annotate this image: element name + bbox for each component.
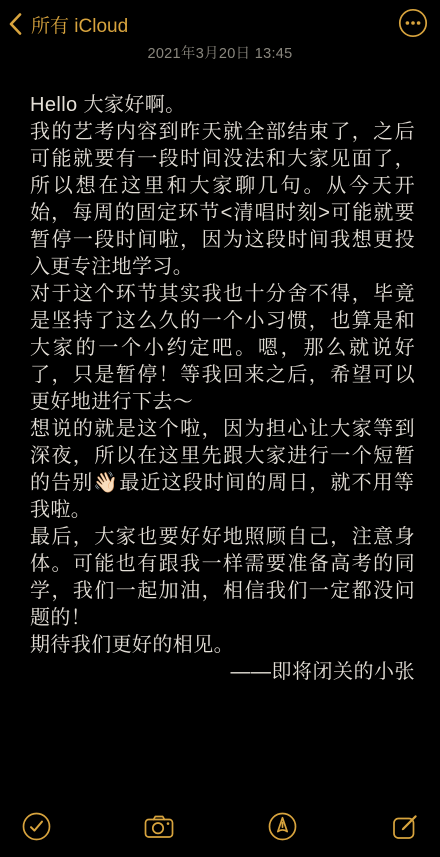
note-paragraph: Hello 大家好啊。	[30, 92, 415, 119]
checklist-icon	[22, 812, 51, 841]
new-note-icon	[392, 813, 419, 840]
note-paragraph: 我的艺考内容到昨天就全部结束了，之后可能就要有一段时间没法和大家见面了，所以想在…	[30, 119, 415, 281]
navbar: 所有 iCloud	[0, 0, 440, 44]
notes-app-screen: 所有 iCloud 2021年3月20日 13:45 Hello 大家好啊。 我…	[0, 0, 440, 857]
compose-button[interactable]	[387, 808, 423, 844]
note-body[interactable]: Hello 大家好啊。 我的艺考内容到昨天就全部结束了，之后可能就要有一段时间没…	[0, 92, 440, 686]
markup-button[interactable]	[264, 808, 300, 844]
note-paragraph: 对于这个环节其实我也十分舍不得，毕竟是坚持了这么久的一个小习惯，也算是和大家的一…	[30, 281, 415, 416]
note-paragraph: 想说的就是这个啦，因为担心让大家等到深夜，所以在这里先跟大家进行一个短暂的告别👋…	[30, 416, 415, 524]
checklist-button[interactable]	[18, 808, 54, 844]
ellipsis-circle-icon	[398, 8, 428, 38]
camera-icon	[143, 812, 175, 841]
camera-button[interactable]	[141, 808, 177, 844]
bottom-toolbar	[0, 803, 440, 857]
more-button[interactable]	[398, 8, 428, 38]
back-label: 所有 iCloud	[31, 11, 128, 38]
note-date: 2021年3月20日 13:45	[0, 44, 440, 64]
markup-icon	[268, 812, 297, 841]
chevron-left-icon	[9, 13, 22, 35]
note-paragraph: 期待我们更好的相见。	[30, 632, 415, 659]
back-button[interactable]: 所有 iCloud	[0, 7, 134, 38]
note-signature: ——即将闭关的小张	[30, 659, 415, 686]
note-paragraph: 最后，大家也要好好地照顾自己，注意身体。可能也有跟我一样需要准备高考的同学，我们…	[30, 524, 415, 632]
